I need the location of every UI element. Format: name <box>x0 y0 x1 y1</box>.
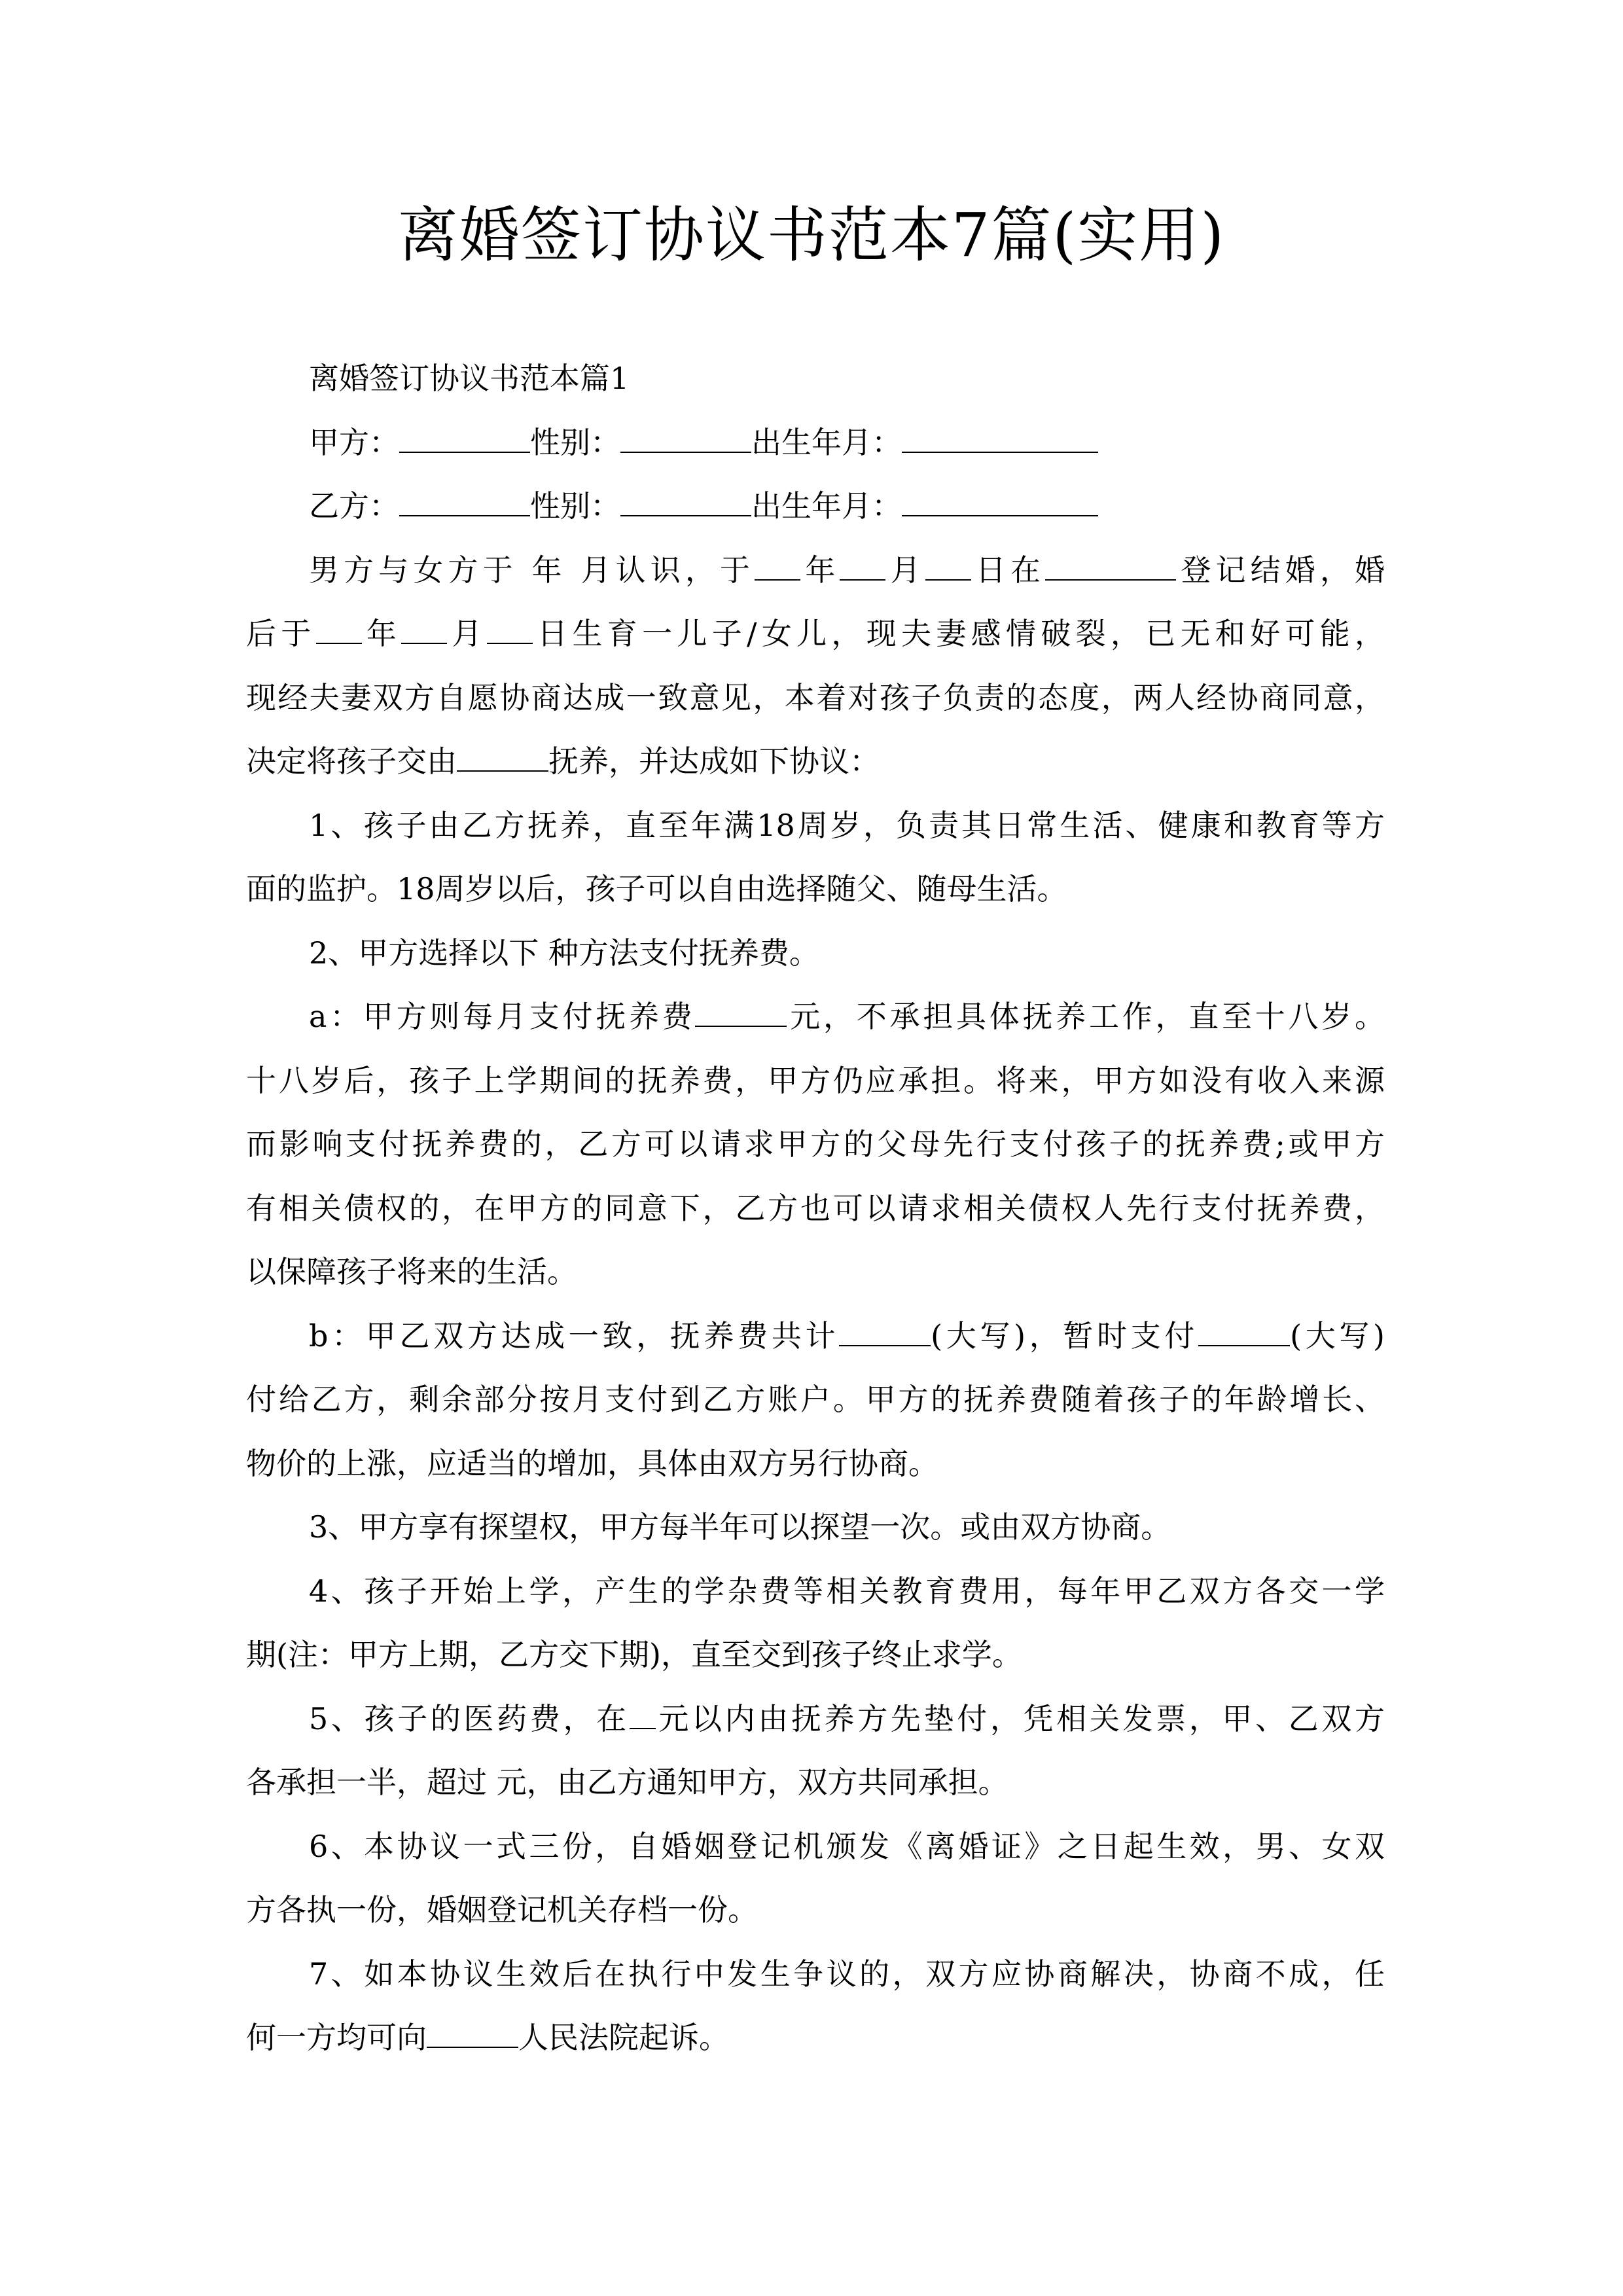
party-b-label: 乙方： <box>309 488 399 524</box>
marriage-year-blank[interactable] <box>755 553 800 581</box>
document-body: 离婚签订协议书范本篇1 甲方：性别：出生年月： 乙方：性别：出生年月： 男方与女… <box>246 347 1385 2070</box>
clause-a-text: a：甲方则每月支付抚养费 <box>309 999 695 1034</box>
clause-1-text: 1、孩子由乙方抚养，直至年满18周岁，负责其日常生活、健康和教育等方 <box>309 808 1385 843</box>
clause-a-line: 十八岁后，孩子上学期间的抚养费，甲方仍应承担。将来，甲方如没有收入来源 <box>246 1049 1385 1113</box>
clause-3-text: 3、甲方享有探望权，甲方每半年可以探望一次。或由双方协商。 <box>309 1509 1171 1545</box>
intro-text: 日生育一儿子/女儿，现夫妻感情破裂，已无和好可能， <box>533 616 1385 651</box>
clause-a-line: 以保障孩子将来的生活。 <box>246 1240 1385 1304</box>
intro-text: 男方与女方于 年 月认识，于 <box>309 552 755 588</box>
clause-a-line: 有相关债权的，在甲方的同意下，乙方也可以请求相关债权人先行支付抚养费， <box>246 1177 1385 1241</box>
document-page: 离婚签订协议书范本7篇(实用) 离婚签订协议书范本篇1 甲方：性别：出生年月： … <box>0 0 1623 2296</box>
clause-a-text: 十八岁后，孩子上学期间的抚养费，甲方仍应承担。将来，甲方如没有收入来源 <box>246 1063 1385 1098</box>
birth-year-blank[interactable] <box>316 617 362 644</box>
party-a-birth-blank[interactable] <box>902 425 1098 453</box>
clause-a-text: 而影响支付抚养费的，乙方可以请求甲方的父母先行支付孩子的抚养费;或甲方 <box>246 1126 1385 1162</box>
monthly-support-amount-blank[interactable] <box>695 999 787 1027</box>
intro-paragraph-line: 男方与女方于 年 月认识，于年月日在登记结婚，婚 <box>246 539 1385 603</box>
birth-month-blank[interactable] <box>401 617 447 644</box>
party-b-birth-label: 出生年月： <box>751 488 902 524</box>
clause-7-text: 人民法院起诉。 <box>518 2020 729 2055</box>
intro-text: 决定将孩子交由 <box>246 744 457 779</box>
birth-day-blank[interactable] <box>487 617 533 644</box>
clause-b-text: b：甲乙双方达成一致，抚养费共计 <box>309 1318 839 1354</box>
section-heading: 离婚签订协议书范本篇1 <box>246 347 1385 411</box>
clause-4-text: 4、孩子开始上学，产生的学杂费等相关教育费用，每年甲乙双方各交一学 <box>309 1573 1385 1609</box>
intro-paragraph-line: 现经夫妻双方自愿协商达成一致意见，本着对孩子负责的态度，两人经协商同意， <box>246 666 1385 730</box>
party-b-name-blank[interactable] <box>399 489 530 516</box>
clause-2-line: 2、甲方选择以下 种方法支付抚养费。 <box>246 922 1385 986</box>
initial-payment-amount-blank[interactable] <box>1198 1319 1290 1346</box>
party-b-birth-blank[interactable] <box>902 489 1098 516</box>
clause-b-text: 物价的上涨，应适当的增加，具体由双方另行协商。 <box>246 1446 938 1481</box>
clause-4-text: 期(注：甲方上期，乙方交下期)，直至交到孩子终止求学。 <box>246 1637 1022 1672</box>
intro-text: 年 <box>800 552 840 588</box>
intro-paragraph-line: 决定将孩子交由抚养，并达成如下协议： <box>246 730 1385 794</box>
clause-6-text: 方各执一份，婚姻登记机关存档一份。 <box>246 1892 758 1928</box>
clause-7-line: 7、如本协议生效后在执行中发生争议的，双方应协商解决，协商不成，任 <box>246 1943 1385 2007</box>
intro-paragraph-line: 后于年月日生育一儿子/女儿，现夫妻感情破裂，已无和好可能， <box>246 602 1385 666</box>
clause-b-line: 物价的上涨，应适当的增加，具体由双方另行协商。 <box>246 1432 1385 1496</box>
clause-b-line: b：甲乙双方达成一致，抚养费共计(大写)，暂时支付(大写) <box>246 1304 1385 1369</box>
clause-1-line: 面的监护。18周岁以后，孩子可以自由选择随父、随母生活。 <box>246 857 1385 922</box>
intro-text: 年 <box>362 616 402 651</box>
clause-6-line: 6、本协议一式三份，自婚姻登记机颁发《离婚证》之日起生效，男、女双 <box>246 1815 1385 1879</box>
clause-1-text: 面的监护。18周岁以后，孩子可以自由选择随父、随母生活。 <box>246 871 1067 906</box>
clause-5-text: 各承担一半，超过 元，由乙方通知甲方，双方共同承担。 <box>246 1765 1008 1800</box>
clause-a-line: 而影响支付抚养费的，乙方可以请求甲方的父母先行支付孩子的抚养费;或甲方 <box>246 1113 1385 1177</box>
clause-5-text: 5、孩子的医药费，在 <box>309 1701 630 1736</box>
party-a-row: 甲方：性别：出生年月： <box>246 411 1385 475</box>
clause-3-line: 3、甲方享有探望权，甲方每半年可以探望一次。或由双方协商。 <box>246 1496 1385 1560</box>
intro-text: 日在 <box>971 552 1045 588</box>
clause-7-text: 7、如本协议生效后在执行中发生争议的，双方应协商解决，协商不成，任 <box>309 1956 1385 1992</box>
party-a-label: 甲方： <box>309 425 399 460</box>
clause-5-line: 5、孩子的医药费，在元以内由抚养方先垫付，凭相关发票，甲、乙双方 <box>246 1687 1385 1751</box>
party-b-row: 乙方：性别：出生年月： <box>246 475 1385 539</box>
court-name-blank[interactable] <box>427 2020 518 2048</box>
clause-7-line: 何一方均可向人民法院起诉。 <box>246 2006 1385 2070</box>
clause-b-text: (大写) <box>1290 1318 1385 1354</box>
total-support-amount-blank[interactable] <box>839 1319 931 1346</box>
clause-7-text: 何一方均可向 <box>246 2020 427 2055</box>
clause-b-text: (大写)，暂时支付 <box>931 1318 1198 1354</box>
clause-5-line: 各承担一半，超过 元，由乙方通知甲方，双方共同承担。 <box>246 1751 1385 1815</box>
clause-b-text: 付给乙方，剩余部分按月支付到乙方账户。甲方的抚养费随着孩子的年龄增长、 <box>246 1382 1385 1417</box>
document-title: 离婚签订协议书范本7篇(实用) <box>0 196 1623 275</box>
marriage-place-blank[interactable] <box>1045 553 1176 581</box>
clause-2-text: 2、甲方选择以下 种方法支付抚养费。 <box>309 935 819 971</box>
clause-a-text: 以保障孩子将来的生活。 <box>246 1254 577 1289</box>
intro-text: 登记结婚，婚 <box>1176 552 1385 588</box>
clause-4-line: 期(注：甲方上期，乙方交下期)，直至交到孩子终止求学。 <box>246 1623 1385 1687</box>
medical-threshold-blank[interactable] <box>630 1702 656 1729</box>
clause-4-line: 4、孩子开始上学，产生的学杂费等相关教育费用，每年甲乙双方各交一学 <box>246 1560 1385 1624</box>
party-a-birth-label: 出生年月： <box>751 425 902 460</box>
clause-a-text: 有相关债权的，在甲方的同意下，乙方也可以请求相关债权人先行支付抚养费， <box>246 1191 1385 1226</box>
party-a-name-blank[interactable] <box>399 425 530 453</box>
clause-6-text: 6、本协议一式三份，自婚姻登记机颁发《离婚证》之日起生效，男、女双 <box>309 1829 1385 1864</box>
intro-text: 现经夫妻双方自愿协商达成一致意见，本着对孩子负责的态度，两人经协商同意， <box>246 680 1385 715</box>
party-b-gender-blank[interactable] <box>620 489 751 516</box>
party-b-gender-label: 性别： <box>530 488 620 524</box>
intro-text: 月 <box>447 616 487 651</box>
party-a-gender-blank[interactable] <box>620 425 751 453</box>
section-heading-text: 离婚签订协议书范本篇1 <box>309 361 629 396</box>
clause-5-text: 元以内由抚养方先垫付，凭相关发票，甲、乙双方 <box>656 1701 1385 1736</box>
clause-a-text: 元，不承担具体抚养工作，直至十八岁。 <box>787 999 1385 1034</box>
party-a-gender-label: 性别： <box>530 425 620 460</box>
clause-a-line: a：甲方则每月支付抚养费元，不承担具体抚养工作，直至十八岁。 <box>246 985 1385 1049</box>
clause-1-line: 1、孩子由乙方抚养，直至年满18周岁，负责其日常生活、健康和教育等方 <box>246 794 1385 858</box>
intro-text: 月 <box>885 552 925 588</box>
marriage-month-blank[interactable] <box>840 553 885 581</box>
clause-6-line: 方各执一份，婚姻登记机关存档一份。 <box>246 1878 1385 1943</box>
marriage-day-blank[interactable] <box>925 553 971 581</box>
custodian-blank[interactable] <box>457 744 548 772</box>
intro-text: 抚养，并达成如下协议： <box>548 744 880 779</box>
clause-b-line: 付给乙方，剩余部分按月支付到乙方账户。甲方的抚养费随着孩子的年龄增长、 <box>246 1368 1385 1432</box>
intro-text: 后于 <box>246 616 316 651</box>
